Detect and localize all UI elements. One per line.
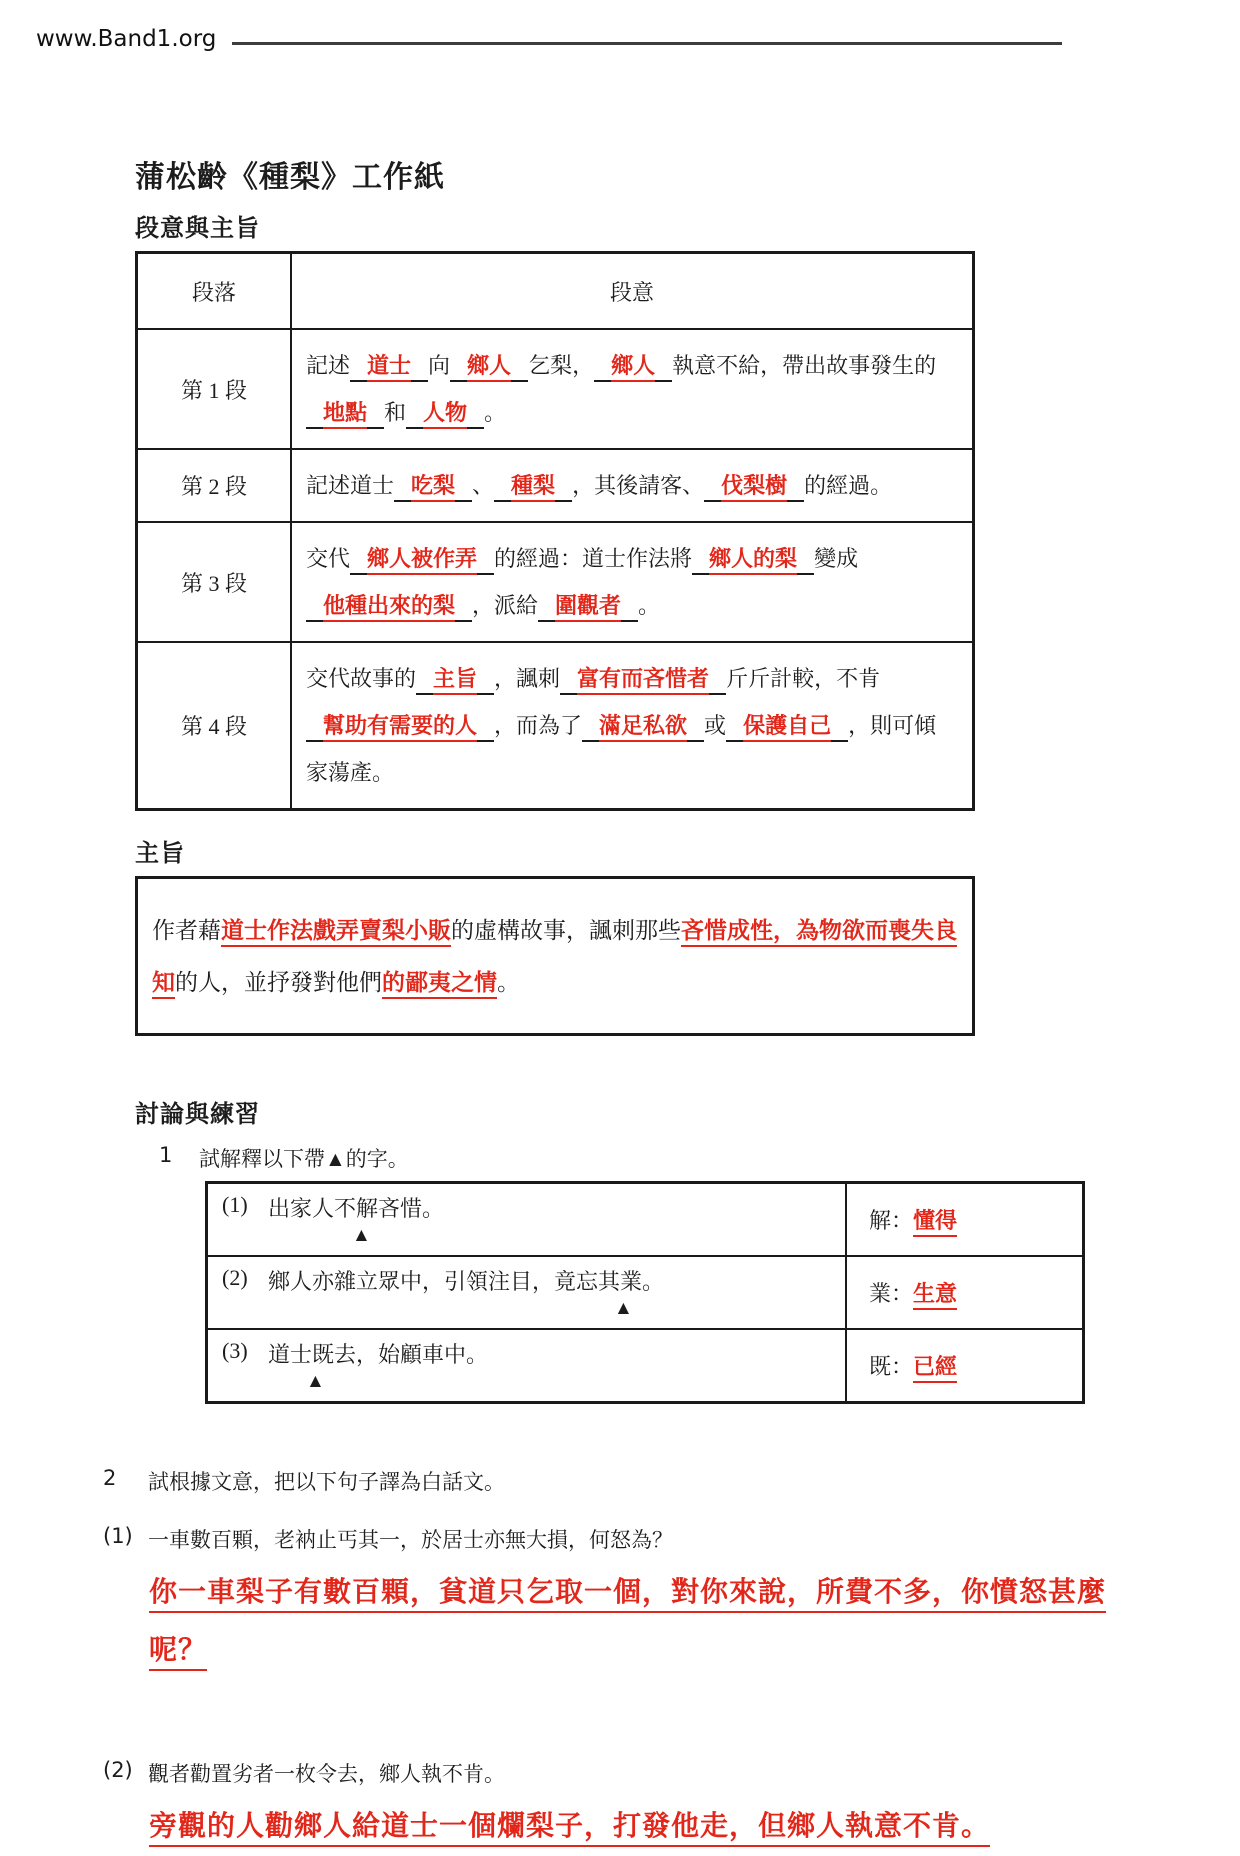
worksheet: 蒲松齡《種梨》工作紙 段意與主旨 段落 段意 第 1 段 記述道士向鄉人乞梨，鄉… xyxy=(135,152,975,1856)
translation-answer: 你一車梨子有數百顆，貧道只乞取一個，對你來說，所費不多，你憤怒甚麼呢？ xyxy=(149,1564,1139,1680)
answer-text: 富有而吝惜者 xyxy=(577,666,709,691)
answer-text: 懂得 xyxy=(913,1208,957,1233)
paragraph-meaning: 記述道士向鄉人乞梨，鄉人執意不給，帶出故事發生的地點和人物。 xyxy=(291,329,974,449)
answer-text: 幫助有需要的人 xyxy=(323,713,477,738)
answer-blank: 他種出來的梨 xyxy=(306,593,472,622)
answer-blank: 種梨 xyxy=(494,473,572,502)
triangle-marker-icon: ▲ xyxy=(352,1223,835,1251)
question-2: 2 試根據文意，把以下句子譯為白話文。 (1) 一車數百顆，老衲止丐其一，於居士… xyxy=(135,1466,975,1856)
glossary-sentence-cell: (1) 出家人不解吝惜。 ▲ xyxy=(207,1183,847,1257)
paragraph-meaning: 交代故事的主旨，諷刺富有而吝惜者斤斤計較，不肯幫助有需要的人，而為了滿足私欲或保… xyxy=(291,642,974,810)
answer-text: 滿足私欲 xyxy=(599,713,687,738)
item-number: (1) xyxy=(222,1192,268,1223)
glossary-sentence-cell: (2) 鄉人亦雜立眾中，引領注目，竟忘其業。 ▲ xyxy=(207,1256,847,1329)
answer-blank: 伐梨樹 xyxy=(704,473,804,502)
answer-text: 吃梨 xyxy=(411,473,455,498)
answer-blank: 幫助有需要的人 xyxy=(306,713,494,742)
item-sentence: 一車數百顆，老衲止丐其一，於居士亦無大損，何怒為？ xyxy=(148,1524,673,1554)
column-header-meaning: 段意 xyxy=(291,253,974,330)
translation-answer: 旁觀的人勸鄉人給道士一個爛梨子，打發他走，但鄉人執意不肯。 xyxy=(149,1798,1139,1856)
answer-text: 主旨 xyxy=(433,666,477,691)
answer-blank: 主旨 xyxy=(416,666,494,695)
glossary-row: (1) 出家人不解吝惜。 ▲ 解：懂得 xyxy=(207,1183,1084,1257)
section-heading-practice: 討論與練習 xyxy=(135,1094,975,1129)
question-prompt: 試解釋以下帶▲的字。 xyxy=(199,1143,409,1173)
item-number: (2) xyxy=(103,1758,148,1788)
answer-blank: 保護自己 xyxy=(726,713,848,742)
triangle-marker-icon: ▲ xyxy=(614,1296,835,1324)
answer-blank: 地點 xyxy=(306,400,384,429)
site-url: www.Band1.org xyxy=(36,26,216,52)
question-number: 1 xyxy=(159,1143,199,1167)
paragraph-meaning: 記述道士吃梨、種梨，其後請客、伐梨樹的經過。 xyxy=(291,449,974,522)
glossary-answer-cell: 解：懂得 xyxy=(846,1183,1084,1257)
highlighted-answer-text: 道士作法戲弄賣梨小販 xyxy=(221,918,451,943)
paragraph-label: 第 2 段 xyxy=(137,449,292,522)
answer-blank: 富有而吝惜者 xyxy=(560,666,726,695)
answer-blank: 鄉人 xyxy=(450,353,528,382)
translation-item: (1) 一車數百顆，老衲止丐其一，於居士亦無大損，何怒為？ 你一車梨子有數百顆，… xyxy=(135,1524,975,1680)
table-row: 第 1 段 記述道士向鄉人乞梨，鄉人執意不給，帶出故事發生的地點和人物。 xyxy=(137,329,974,449)
section-heading-theme: 主旨 xyxy=(135,833,975,868)
answer-blank: 鄉人 xyxy=(594,353,672,382)
question-number: 2 xyxy=(103,1466,148,1496)
paragraph-label: 第 4 段 xyxy=(137,642,292,810)
answer-label: 既： xyxy=(869,1354,913,1379)
answer-text: 鄉人 xyxy=(611,353,655,378)
answer-blank: 人物 xyxy=(406,400,484,429)
answer-text: 圍觀者 xyxy=(555,593,621,618)
question-1: 1 試解釋以下帶▲的字。 xyxy=(159,1143,975,1173)
sentence-row: (1) 一車數百顆，老衲止丐其一，於居士亦無大損，何怒為？ xyxy=(103,1524,975,1554)
item-sentence: 觀者勸置劣者一枚令去，鄉人執不肯。 xyxy=(148,1758,505,1788)
paragraph-label: 第 1 段 xyxy=(137,329,292,449)
glossary-answer-cell: 業：生意 xyxy=(846,1256,1084,1329)
glossary-row: (2) 鄉人亦雜立眾中，引領注目，竟忘其業。 ▲ 業：生意 xyxy=(207,1256,1084,1329)
item-sentence: 道士既去，始顧車中。 xyxy=(268,1338,488,1369)
answer-blank: 滿足私欲 xyxy=(582,713,704,742)
table-header-row: 段落 段意 xyxy=(137,253,974,330)
paragraph-meaning: 交代鄉人被作弄的經過：道士作法將鄉人的梨變成他種出來的梨，派給圍觀者。 xyxy=(291,522,974,642)
table-row: 第 3 段 交代鄉人被作弄的經過：道士作法將鄉人的梨變成他種出來的梨，派給圍觀者… xyxy=(137,522,974,642)
answer-text: 鄉人被作弄 xyxy=(367,546,477,571)
item-number: (2) xyxy=(222,1265,268,1296)
triangle-marker-icon: ▲ xyxy=(306,1369,835,1397)
paragraph-summary-table: 段落 段意 第 1 段 記述道士向鄉人乞梨，鄉人執意不給，帶出故事發生的地點和人… xyxy=(135,251,975,811)
answer-blank: 鄉人被作弄 xyxy=(350,546,494,575)
glossary-sentence-cell: (3) 道士既去，始顧車中。 ▲ xyxy=(207,1329,847,1403)
paragraph-label: 第 3 段 xyxy=(137,522,292,642)
answer-blank: 鄉人的梨 xyxy=(692,546,814,575)
question-prompt-row: 2 試根據文意，把以下句子譯為白話文。 xyxy=(103,1466,975,1496)
answer-text: 鄉人 xyxy=(467,353,511,378)
answer-text: 保護自己 xyxy=(743,713,831,738)
sentence-row: (2) 觀者勸置劣者一枚令去，鄉人執不肯。 xyxy=(103,1758,975,1788)
table-row: 第 4 段 交代故事的主旨，諷刺富有而吝惜者斤斤計較，不肯幫助有需要的人，而為了… xyxy=(137,642,974,810)
answer-text: 他種出來的梨 xyxy=(323,593,455,618)
answer-text: 鄉人的梨 xyxy=(709,546,797,571)
table-row: 第 2 段 記述道士吃梨、種梨，其後請客、伐梨樹的經過。 xyxy=(137,449,974,522)
column-header-paragraph: 段落 xyxy=(137,253,292,330)
answer-label: 業： xyxy=(869,1281,913,1306)
section-heading-summary: 段意與主旨 xyxy=(135,208,975,243)
answer-text: 道士 xyxy=(367,353,411,378)
answer-text: 地點 xyxy=(323,400,367,425)
answer-blank: 吃梨 xyxy=(394,473,472,502)
translation-item: (2) 觀者勸置劣者一枚令去，鄉人執不肯。 旁觀的人勸鄉人給道士一個爛梨子，打發… xyxy=(135,1758,975,1856)
header-rule xyxy=(232,42,1062,45)
highlighted-answer-text: 的鄙夷之情 xyxy=(382,970,497,995)
item-sentence: 出家人不解吝惜。 xyxy=(268,1192,444,1223)
answer-text: 已經 xyxy=(913,1354,957,1379)
question-prompt: 試根據文意，把以下句子譯為白話文。 xyxy=(148,1466,505,1496)
glossary-answer-cell: 既：已經 xyxy=(846,1329,1084,1403)
item-number: (3) xyxy=(222,1338,268,1369)
item-sentence: 鄉人亦雜立眾中，引領注目，竟忘其業。 xyxy=(268,1265,664,1296)
site-header: www.Band1.org xyxy=(36,26,1062,52)
answer-label: 解： xyxy=(869,1208,913,1233)
answer-text: 種梨 xyxy=(511,473,555,498)
answer-text: 伐梨樹 xyxy=(721,473,787,498)
glossary-table: (1) 出家人不解吝惜。 ▲ 解：懂得 (2) 鄉人亦雜立眾中，引領注目，竟忘其… xyxy=(205,1181,1085,1404)
answer-text: 人物 xyxy=(423,400,467,425)
item-number: (1) xyxy=(103,1524,148,1554)
glossary-row: (3) 道士既去，始顧車中。 ▲ 既：已經 xyxy=(207,1329,1084,1403)
answer-blank: 道士 xyxy=(350,353,428,382)
answer-blank: 圍觀者 xyxy=(538,593,638,622)
answer-text: 生意 xyxy=(913,1281,957,1306)
theme-box: 作者藉道士作法戲弄賣梨小販的虛構故事，諷刺那些吝惜成性，為物欲而喪失良知的人，並… xyxy=(135,876,975,1036)
page-title: 蒲松齡《種梨》工作紙 xyxy=(135,152,975,196)
